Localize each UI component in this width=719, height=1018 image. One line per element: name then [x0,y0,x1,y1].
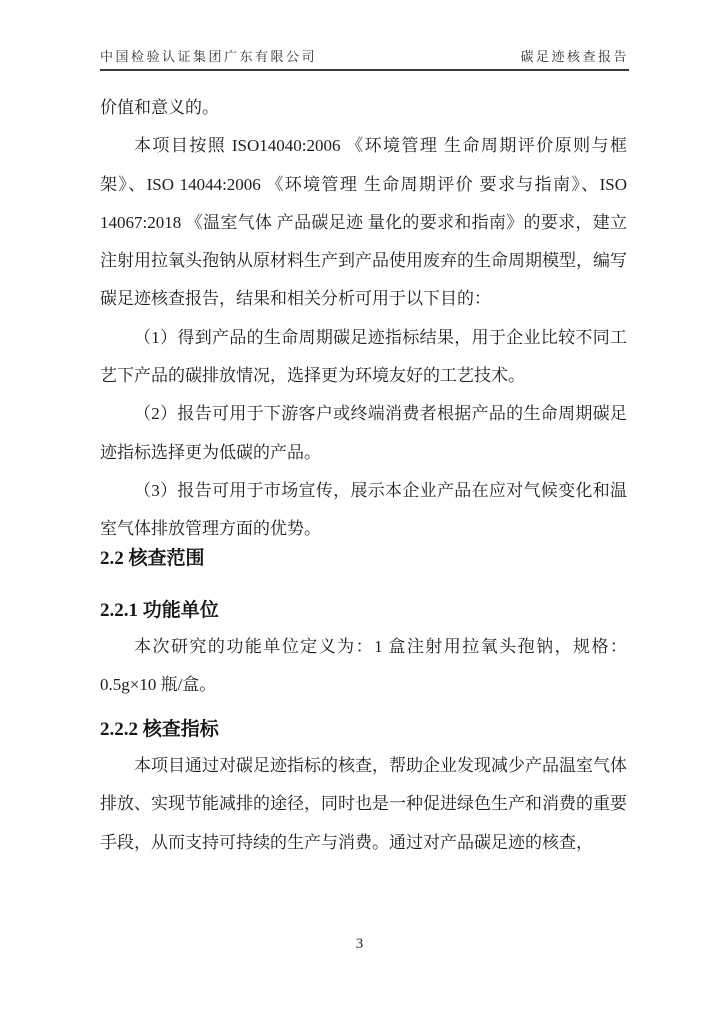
section-heading-2-2-1: 2.2.1 功能单位 [100,594,627,628]
section-heading-2-2: 2.2 核查范围 [100,542,627,576]
header-divider [100,69,629,71]
paragraph-purpose-2: （2）报告可用于下游客户或终端消费者根据产品的生命周期碳足迹指标选择更为低碳的产… [100,395,627,472]
document-body: 价值和意义的。 本项目按照 ISO14040:2006 《环境管理 生命周期评价… [100,89,627,862]
header-company-name: 中国检验认证集团广东有限公司 [100,46,317,65]
section-heading-2-2-2: 2.2.2 核查指标 [100,713,627,747]
header-report-title: 碳足迹核查报告 [520,46,629,65]
page-number: 3 [0,936,719,953]
paragraph-verification-indicator: 本项目通过对碳足迹指标的核查，帮助企业发现减少产品温室气体排放、实现节能减排的途… [100,747,627,862]
paragraph-purpose-1: （1）得到产品的生命周期碳足迹指标结果，用于企业比较不同工艺下产品的碳排放情况，… [100,319,627,396]
paragraph-standards: 本项目按照 ISO14040:2006 《环境管理 生命周期评价原则与框架》、I… [100,127,627,318]
paragraph-functional-unit: 本次研究的功能单位定义为：1 盒注射用拉氧头孢钠，规格：0.5g×10 瓶/盒。 [100,628,627,705]
paragraph-continuation: 价值和意义的。 [100,89,627,127]
page-header: 中国检验认证集团广东有限公司 碳足迹核查报告 [100,46,629,65]
document-page: 中国检验认证集团广东有限公司 碳足迹核查报告 价值和意义的。 本项目按照 ISO… [0,0,719,1018]
paragraph-purpose-3: （3）报告可用于市场宣传，展示本企业产品在应对气候变化和温室气体排放管理方面的优… [100,472,627,549]
